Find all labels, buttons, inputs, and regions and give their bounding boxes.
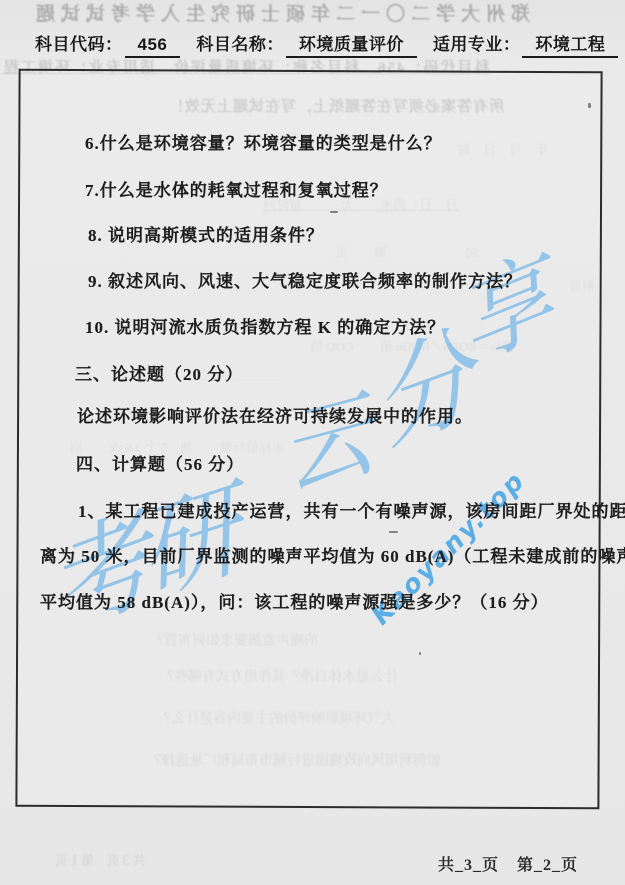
question-8: 8. 说明高斯模式的适用条件？ [88, 221, 324, 246]
major-value: 环境工程 [522, 30, 618, 58]
calc-question-line-3: 平均值为 58 dB(A)），问：该工程的噪声源强是多少？（16 分） [40, 588, 549, 613]
question-7: 7.什么是水体的耗氧过程和复氧过程？ [85, 176, 388, 201]
calc-question-line-2: 离为 50 米，目前厂界监测的噪声平均值为 60 dB(A)（工程未建成前的噪声 [40, 542, 625, 567]
footer-total-pages: 共_3_页 [438, 857, 499, 874]
bleed-fragment-top-title: 郑州大学二〇一二年硕士研究生入学考试试题 [30, 0, 530, 26]
subject-code-value: 456 [125, 35, 181, 58]
subject-name-label: 科目名称： [196, 35, 284, 54]
exam-paper-scan: 郑州大学二〇一二年硕士研究生入学考试试题 科目代码：456 科目名称：环境质量评… [0, 0, 625, 885]
footer-current-page: 第_2_页 [517, 857, 578, 874]
page-footer: 共_3_页第_2_页 [438, 852, 596, 875]
ink-speck [419, 652, 421, 655]
ink-speck [330, 211, 338, 213]
section3-essay-prompt: 论述环境影响评价法在经济可持续发展中的作用。 [77, 402, 473, 427]
ink-speck [588, 103, 591, 108]
calc-question-line-1: 1、某工程已建成投产运营，共有一个有噪声源，该房间距厂界处的距 [78, 497, 625, 522]
section3-title: 三、论述题（20 分） [75, 360, 243, 385]
major-label: 适用专业： [433, 35, 521, 54]
ink-speck [389, 531, 398, 533]
subject-code-label: 科目代码： [35, 35, 123, 54]
question-10: 10. 说明河流水质负指数方程 K 的确定方法？ [85, 313, 445, 338]
subject-name-value: 环境质量评价 [286, 30, 417, 58]
exam-header: 科目代码：456科目名称：环境质量评价适用专业：环境工程 [35, 30, 610, 58]
section4-title: 四、计算题（56 分） [76, 450, 244, 475]
question-9: 9. 叙述风向、风速、大气稳定度联合频率的制作方法？ [88, 267, 522, 292]
bleed-fragment-bottom-left: 共３页 第１页 [55, 850, 146, 869]
question-6: 6.什么是环境容量？环境容量的类型是什么？ [85, 129, 442, 154]
